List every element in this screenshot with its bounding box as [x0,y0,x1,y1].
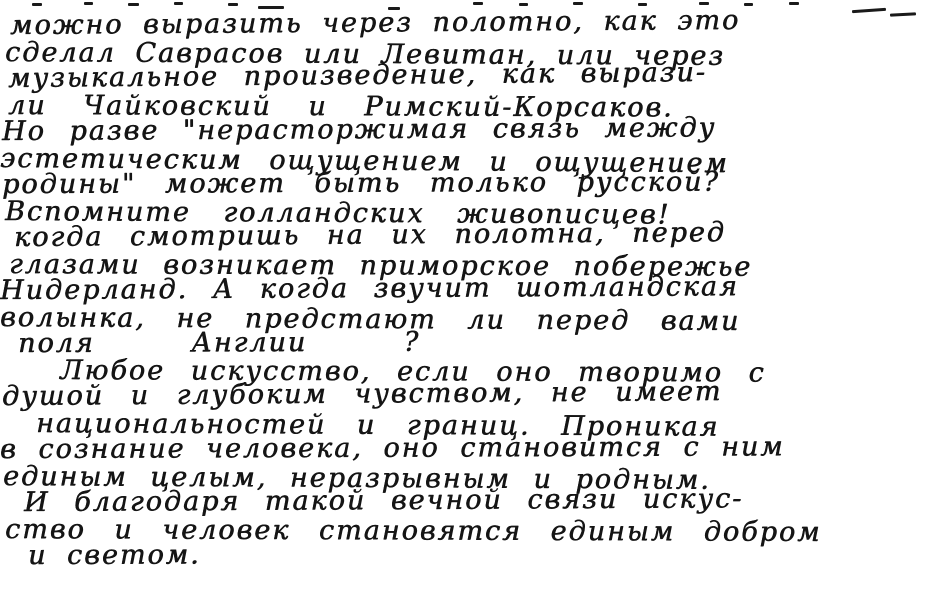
handwritten-line: Но разве "нерасторжимая связь между [2,114,933,145]
handwritten-line: поля Англии ? [18,328,933,358]
scan-artifact [128,3,139,6]
handwritten-line: можно выразить через полотно, как это [10,7,933,40]
handwritten-line: родины" может быть только русской? [2,169,933,199]
handwritten-line: когда смотришь на их полотна, перед [14,219,933,252]
handwritten-line: Нидерланд. А когда звучит шотландская [0,273,933,304]
handwritten-line: душой и глубоким чувством, не имеет [2,378,933,411]
scan-artifact [228,3,238,6]
scan-artifact [174,2,183,5]
handwritten-line: И благодаря такой вечной связи искус- [24,485,933,516]
scan-artifact [32,3,42,6]
handwritten-line: и светом. [28,540,933,570]
scan-artifact [573,2,583,5]
handwritten-line: музыкальное произведение, как вырази- [8,58,933,93]
manuscript-page: можно выразить через полотно, как это сд… [0,0,933,596]
scan-artifact [789,2,799,5]
scan-artifact [84,2,93,5]
handwritten-line: в сознание человека, оно становится с ни… [0,434,933,464]
scan-artifact [744,3,753,6]
scan-artifact [473,2,483,5]
